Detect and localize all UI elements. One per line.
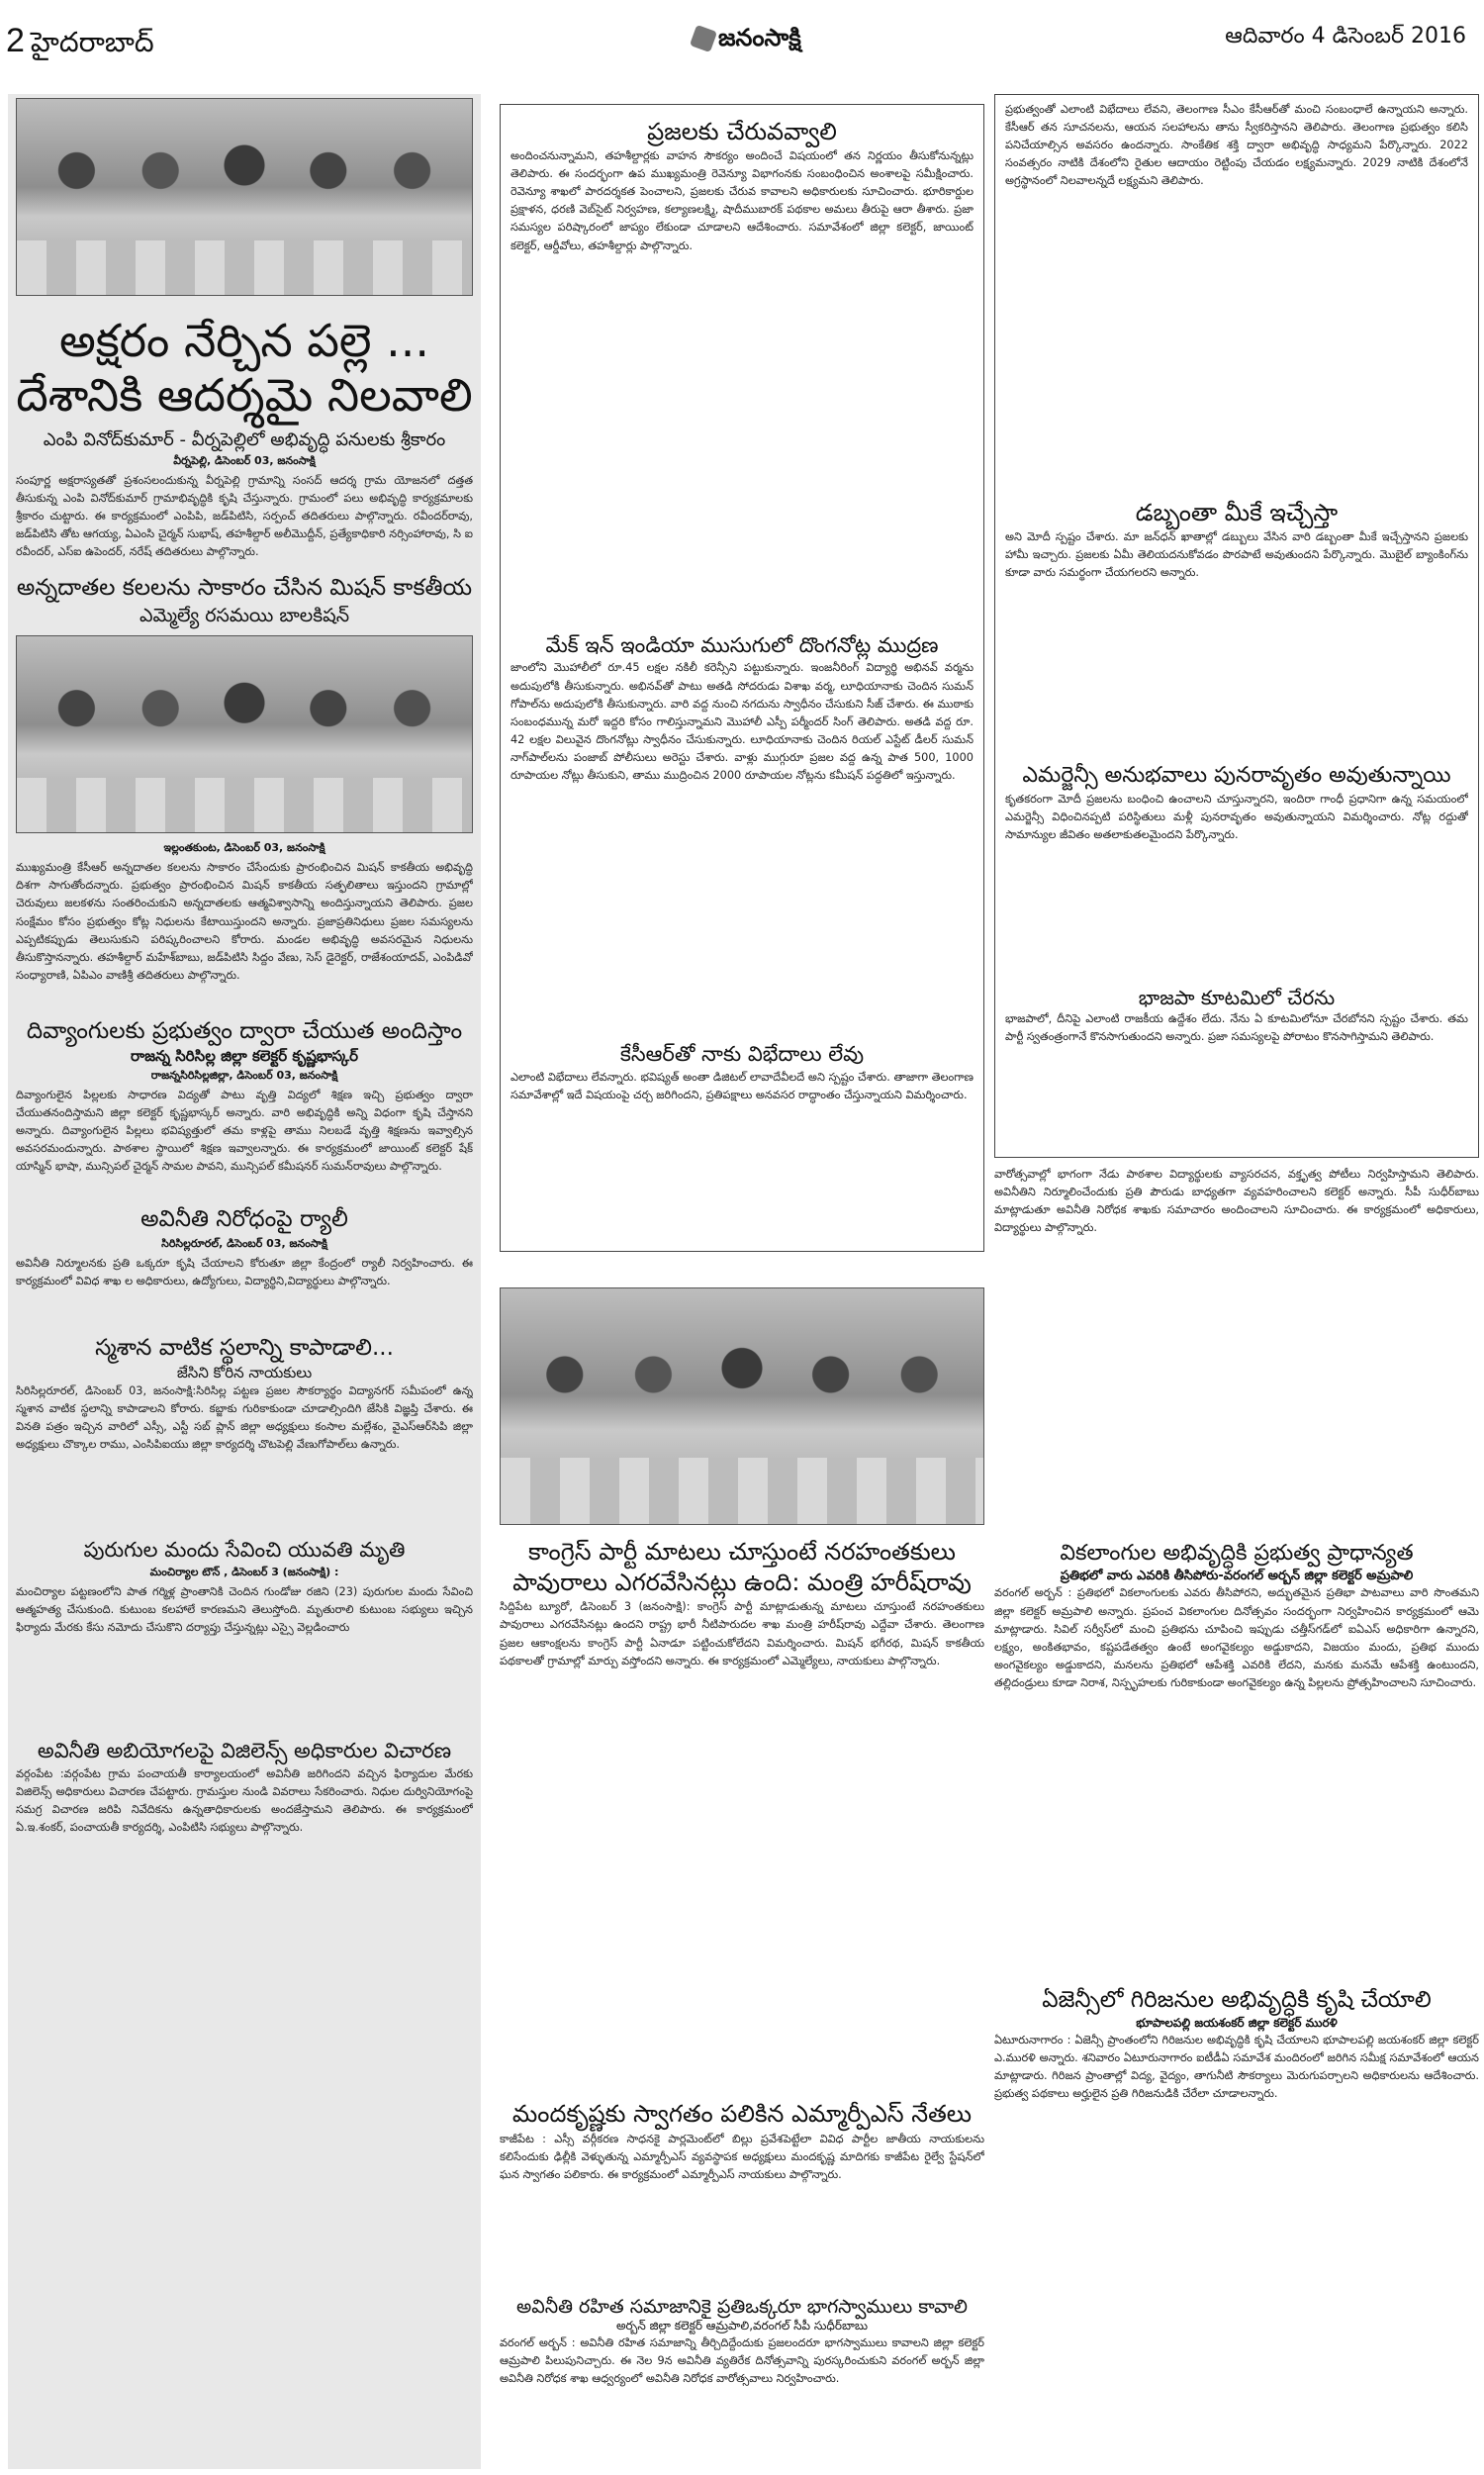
dateline: రాజన్నసిరిసిల్లజిల్లా, డిసెంబర్ 03, జనంస…	[16, 1069, 473, 1085]
subhead-collector-murali: భూపాలపల్లి జయశంకర్ జిల్లా కలెక్టర్ మురళి	[994, 2016, 1479, 2032]
subhead-collector-amrapali: ప్రతిభలో వారు ఎవరికి తీసిపోరు-వరంగల్ అర్…	[994, 1569, 1479, 1585]
subhead-mla-rasamayi: ఎమ్మెల్యే రసమయి బాలకిషన్	[16, 604, 473, 628]
subhead-veernapalli: ఎంపి వినోద్‌కుమార్ - వీర్నపెల్లిలో అభివృ…	[16, 428, 473, 451]
article-body: కాజీపేట : ఎస్సీ వర్గీకరణ సాధనకై పార్లమెం…	[500, 2131, 984, 2289]
headline-veernapalli-line2: దేశానికి ఆదర్శమై నిలవాలి	[16, 368, 473, 423]
headline-harish-rao-line1: కాంగ్రెస్ పార్టీ మాటలు చూస్తుంటే నరహంతకు…	[500, 1537, 984, 1568]
headline-mission-kakatiya: అన్నదాతల కలలను సాకారం చేసిన మిషన్ కాకతీయ	[16, 574, 473, 604]
event-photo-mission-kakatiya	[16, 635, 473, 833]
subhead-collector-krishnabhaskar: రాజన్న సిరిసిల్ల జిల్లా కలెక్టర్ కృష్ణభా…	[16, 1047, 473, 1067]
headline-tribal-development: ఏజెన్సీలో గిరిజనుల అభివృద్ధికి కృషి చేయా…	[994, 1986, 1479, 2016]
article-body: మంచిర్యాల పట్టణంలోని పాత గర్మిళ్ల ప్రాంత…	[16, 1583, 473, 1732]
article-body: ప్రభుత్వంతో ఎలాంటి విభేదాలు లేవని, తెలంగ…	[1005, 101, 1468, 492]
boxed-story-group: ప్రజలకు చేరువవ్వాలి అందించనున్నామని, తహశ…	[500, 104, 984, 1252]
page-number: 2	[6, 22, 25, 59]
article-body: వర్గంపేట :వర్గంపేట గ్రామ పంచాయతీ కార్యాల…	[16, 1765, 473, 2023]
logo-icon	[690, 25, 717, 52]
article-body: అవినీతి నిర్మూలనకు ప్రతి ఒక్కరూ కృషి చేయ…	[16, 1255, 473, 1326]
event-photo-veernapalli	[16, 98, 473, 296]
article-body: అని మోదీ స్పష్టం చేశారు. మా జన్‌ధన్ ఖాతా…	[1005, 528, 1468, 756]
article-body-continued: వారోత్సవాల్లో భాగంగా నేడు పాఠశాల విద్యార…	[994, 1166, 1479, 1532]
headline-no-differences-kcr: కేసీఆర్‌తో నాకు విభేదాలు లేవు	[510, 1041, 974, 1068]
article-body: దివ్యాంగులైన పిల్లలకు సాధారణ విద్యతో పాట…	[16, 1087, 473, 1197]
headline-pesticide-death: పురుగుల మందు సేవించి యువతి మృతి	[16, 1537, 473, 1564]
middle-column: ప్రజలకు చేరువవ్వాలి అందించనున్నామని, తహశ…	[500, 104, 984, 2433]
issue-date: ఆదివారం 4 డిసెంబర్ 2016	[1225, 24, 1466, 53]
subhead-jc-leaders: జేసిని కోరిన నాయకులు	[16, 1364, 473, 1383]
article-body: భాజపాలో, దీనిపై ఎలాంటి రాజకీయ ఉద్దేశం లే…	[1005, 1010, 1468, 1109]
headline-dabbanta-meeke: డబ్బంతా మీకే ఇచ్చేస్తా	[1005, 498, 1468, 528]
right-column: ప్రభుత్వంతో ఎలాంటి విభేదాలు లేవని, తెలంగ…	[994, 94, 1479, 2358]
headline-mandakrishna: మందకృష్ణకు స్వాగతం పలికిన ఎమ్మార్పీఎస్ న…	[500, 2099, 984, 2130]
headline-divyangulu: దివ్యాంగులకు ప్రభుత్వం ద్వారా చేయుత అంది…	[16, 1017, 473, 1047]
article-body: సంపూర్ణ అక్షరాస్యతతో ప్రశంసలందుకున్న వీర…	[16, 472, 473, 566]
masthead: 2హైదరాబాద్ జనంసాక్షి ఆదివారం 4 డిసెంబర్ …	[0, 0, 1484, 59]
paper-logo: జనంసాక్షి	[693, 24, 801, 57]
headline-vigilance-inquiry: అవినీతి అబియోగలపై విజిలెన్స్ అధికారుల వి…	[16, 1738, 473, 1764]
headline-harish-rao-line2: పావురాలు ఎగరవేసినట్లు ఉంది: మంత్రి హరీష్…	[500, 1568, 984, 1598]
article-body: ముఖ్యమంత్రి కేసీఆర్ అన్నదాతల కలలను సాకార…	[16, 859, 473, 1007]
article-body: జాంలోని మొహాలీలో రూ.45 లక్షల నకిలీ కరెన్…	[510, 659, 974, 1035]
subhead-collector-cp: అర్బన్ జిల్లా కలెక్టర్ ఆమ్రపాలి,వరంగల్ స…	[500, 2319, 984, 2334]
article-body: వరంగల్ అర్బన్ : అవినీతి రహిత సమాజాన్ని త…	[500, 2334, 984, 2433]
press-meet-photo	[500, 1287, 984, 1525]
dateline: సిరిసిల్లరూరల్, డిసెంబర్ 03, జనంసాక్షి	[16, 1237, 473, 1253]
article-body: కృతకరంగా మోదీ ప్రజలను బంధించి ఉంచాలని చూ…	[1005, 791, 1468, 979]
dateline: వీర్నపెల్లి, డిసెంబర్ 03, జనంసాక్షి	[16, 454, 473, 470]
article-body: వరంగల్ అర్బన్ : ప్రతిభలో వికలాంగులకు ఎవర…	[994, 1584, 1479, 1980]
page-section-label: 2హైదరాబాద్	[6, 22, 154, 65]
article-body: సిరిసిల్లరూరల్, డిసెంబర్ 03, జనంసాక్షి:స…	[16, 1382, 473, 1531]
headline-disabled-development: వికలాంగుల అభివృద్ధికి ప్రభుత్వ ప్రాధాన్య…	[994, 1540, 1479, 1569]
headline-prajalaku-cheruvavvali: ప్రజలకు చేరువవ్వాలి	[510, 117, 974, 147]
headline-veernapalli-line1: అక్షరం నేర్చిన పల్లె ...	[16, 314, 473, 368]
dateline: మంచిర్యాల టౌన్ , డిసెంబర్ 3 (జనంసాక్షి) …	[16, 1566, 473, 1581]
boxed-story-group-right: ప్రభుత్వంతో ఎలాంటి విభేదాలు లేవని, తెలంగ…	[994, 94, 1479, 1158]
headline-smashana-vatika: స్మశాన వాటిక స్థలాన్ని కాపాడాలి...	[16, 1334, 473, 1364]
headline-bjp-alliance: భాజపా కూటమిలో చేరను	[1005, 985, 1468, 1010]
article-body: ఎలాంటి విభేదాలు లేవన్నారు. భవిష్యత్ అంతా…	[510, 1069, 974, 1188]
headline-fake-notes: మేక్ ఇన్ ఇండియా ముసుగులో దొంగనోట్ల ముద్ర…	[510, 632, 974, 659]
section-name: హైదరాబాద్	[31, 26, 154, 58]
headline-anti-corruption-rally: అవినీతి నిరోధంపై ర్యాలీ	[16, 1205, 473, 1235]
article-body: అందించనున్నామని, తహశీల్దార్లకు వాహన సౌకర…	[510, 147, 974, 622]
article-body: సిద్దిపేట బ్యూరో, డిసెంబర్ 3 (జనంసాక్షి)…	[500, 1598, 984, 2093]
dateline: ఇల్లంతకుంట, డిసెంబర్ 03, జనంసాక్షి	[16, 841, 473, 857]
paper-name: జనంసాక్షి	[718, 24, 801, 51]
headline-corruption-free-society: అవినీతి రహిత సమాజానికై ప్రతిఒక్కరూ భాగస్…	[500, 2295, 984, 2320]
headline-emergency-experiences: ఎమర్జెన్సీ అనుభవాలు పునరావృతం అవుతున్నాయ…	[1005, 762, 1468, 791]
left-column: అక్షరం నేర్చిన పల్లె ... దేశానికి ఆదర్శమ…	[8, 94, 481, 2469]
article-body: ఏటూరునాగారం : ఏజెన్సీ ప్రాంతంలోని గిరిజన…	[994, 2032, 1479, 2358]
